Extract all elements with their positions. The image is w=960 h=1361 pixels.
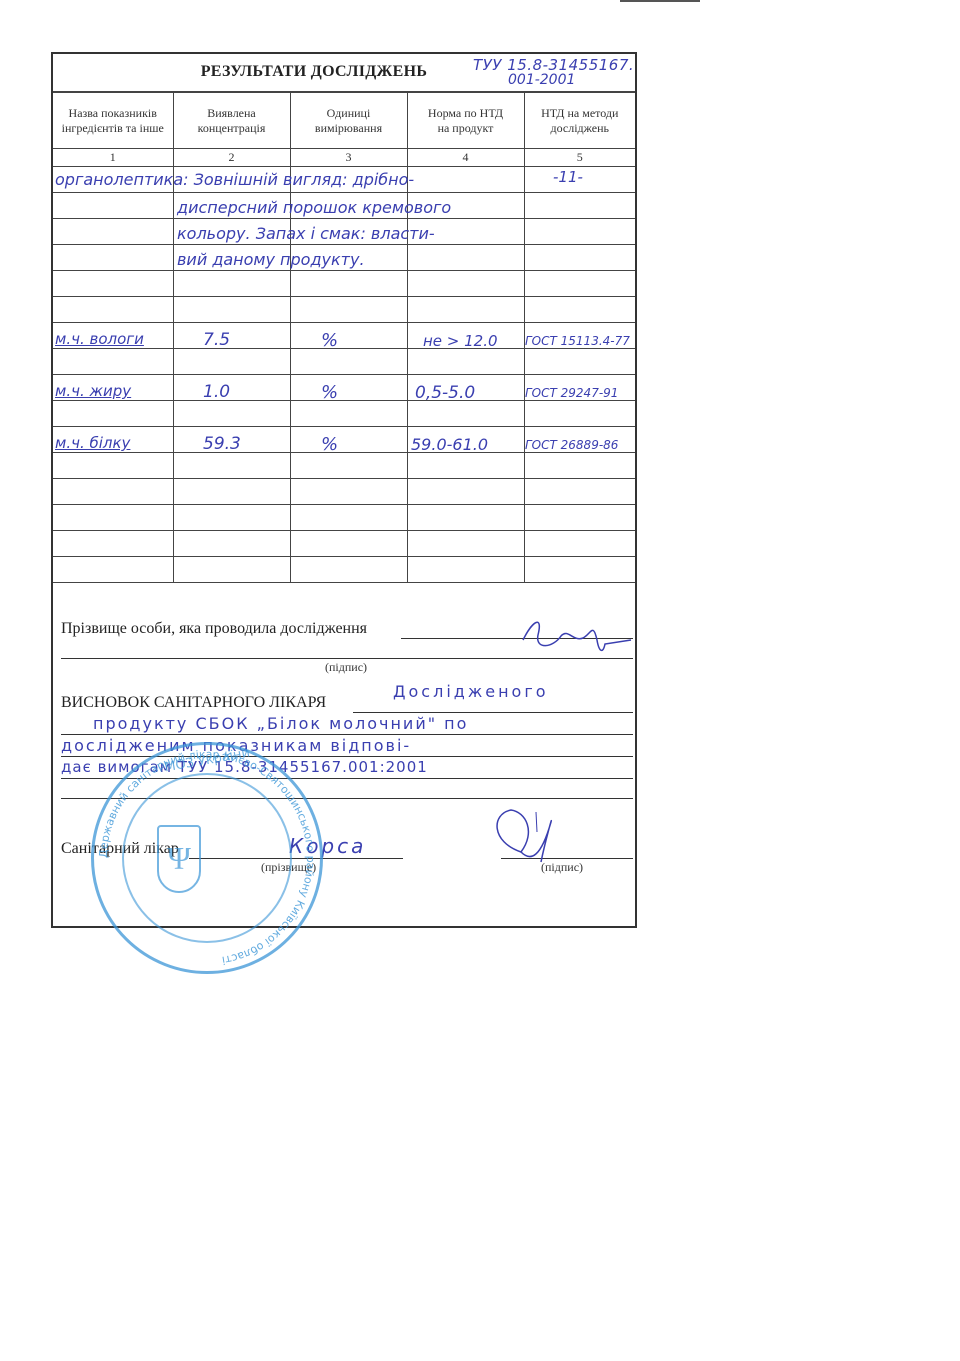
column-header: Назва показників інгредієнтів та інше bbox=[53, 93, 173, 149]
row-method: ГОСТ 15113.4-77 bbox=[525, 334, 630, 348]
research-results-form: РЕЗУЛЬТАТИ ДОСЛІДЖЕНЬ ТУУ 15.8-31455167.… bbox=[51, 52, 637, 928]
row-norm: 0,5-5.0 bbox=[415, 383, 475, 403]
table-header-row: Назва показників інгредієнтів та інше Ви… bbox=[53, 93, 635, 149]
column-number: 3 bbox=[290, 149, 407, 167]
svg-text:Державний санітарний лікар Киє: Державний санітарний лікар Києво-Святоши… bbox=[97, 748, 317, 967]
column-header: НТД на методи досліджень bbox=[524, 93, 635, 149]
stamp-ring-text: Державний санітарний лікар Києво-Святоши… bbox=[91, 742, 323, 974]
table-row bbox=[53, 531, 635, 557]
column-number: 1 bbox=[53, 149, 173, 167]
researcher-signature bbox=[513, 610, 633, 660]
table-row bbox=[53, 453, 635, 479]
conclusion-line-2 bbox=[61, 734, 633, 735]
organoleptic-line: органолептика: Зовнішній вигляд: дрібно- bbox=[55, 170, 414, 189]
row-name: м.ч. жиру bbox=[55, 382, 131, 400]
conclusion-label: ВИСНОВОК САНІТАРНОГО ЛІКАРЯ bbox=[61, 694, 326, 712]
organoleptic-line: дисперсний порошок кремового bbox=[177, 198, 451, 217]
conclusion-line: продукту СБОК „Білок молочний" по bbox=[93, 714, 468, 733]
doctor-signature bbox=[481, 802, 581, 872]
row-name: м.ч. білку bbox=[55, 434, 130, 452]
row-unit: % bbox=[321, 382, 338, 403]
organoleptic-method: -11- bbox=[553, 168, 583, 186]
column-number: 4 bbox=[407, 149, 524, 167]
table-row bbox=[53, 297, 635, 323]
table-row bbox=[53, 505, 635, 531]
handwritten-standard-line2: 001-2001 bbox=[508, 72, 575, 88]
row-method: ГОСТ 29247-91 bbox=[525, 386, 618, 400]
column-header: Виявлена концентрація bbox=[173, 93, 290, 149]
researcher-caption: (підпис) bbox=[325, 660, 367, 675]
column-number-row: 1 2 3 4 5 bbox=[53, 149, 635, 167]
row-value: 59.3 bbox=[203, 434, 241, 454]
row-value: 7.5 bbox=[203, 330, 230, 350]
title-row: РЕЗУЛЬТАТИ ДОСЛІДЖЕНЬ ТУУ 15.8-31455167.… bbox=[53, 54, 635, 92]
table-row bbox=[53, 349, 635, 375]
table-row bbox=[53, 401, 635, 427]
table-row bbox=[53, 557, 635, 583]
researcher-label: Прізвище особи, яка проводила дослідженн… bbox=[61, 620, 367, 638]
table-row bbox=[53, 479, 635, 505]
organoleptic-line: кольору. Запах і смак: власти- bbox=[177, 224, 435, 243]
column-number: 5 bbox=[524, 149, 635, 167]
row-value: 1.0 bbox=[203, 382, 230, 402]
row-norm: 59.0-61.0 bbox=[411, 435, 488, 454]
column-header: Норма по НТД на продукт bbox=[407, 93, 524, 149]
row-norm: не > 12.0 bbox=[423, 332, 498, 350]
column-header: Одиниці вимірювання bbox=[290, 93, 407, 149]
column-number: 2 bbox=[173, 149, 290, 167]
row-unit: % bbox=[321, 434, 338, 455]
conclusion-line-1 bbox=[353, 712, 633, 713]
official-stamp: Ψ МОЗ України Державний санітарний лікар… bbox=[91, 742, 323, 974]
scan-mark bbox=[620, 0, 700, 2]
conclusion-line: Дослідженого bbox=[393, 682, 549, 701]
row-unit: % bbox=[321, 330, 338, 351]
table-row bbox=[53, 271, 635, 297]
row-method: ГОСТ 26889-86 bbox=[525, 438, 618, 452]
row-name: м.ч. вологи bbox=[55, 330, 144, 348]
organoleptic-line: вий даному продукту. bbox=[177, 250, 365, 269]
